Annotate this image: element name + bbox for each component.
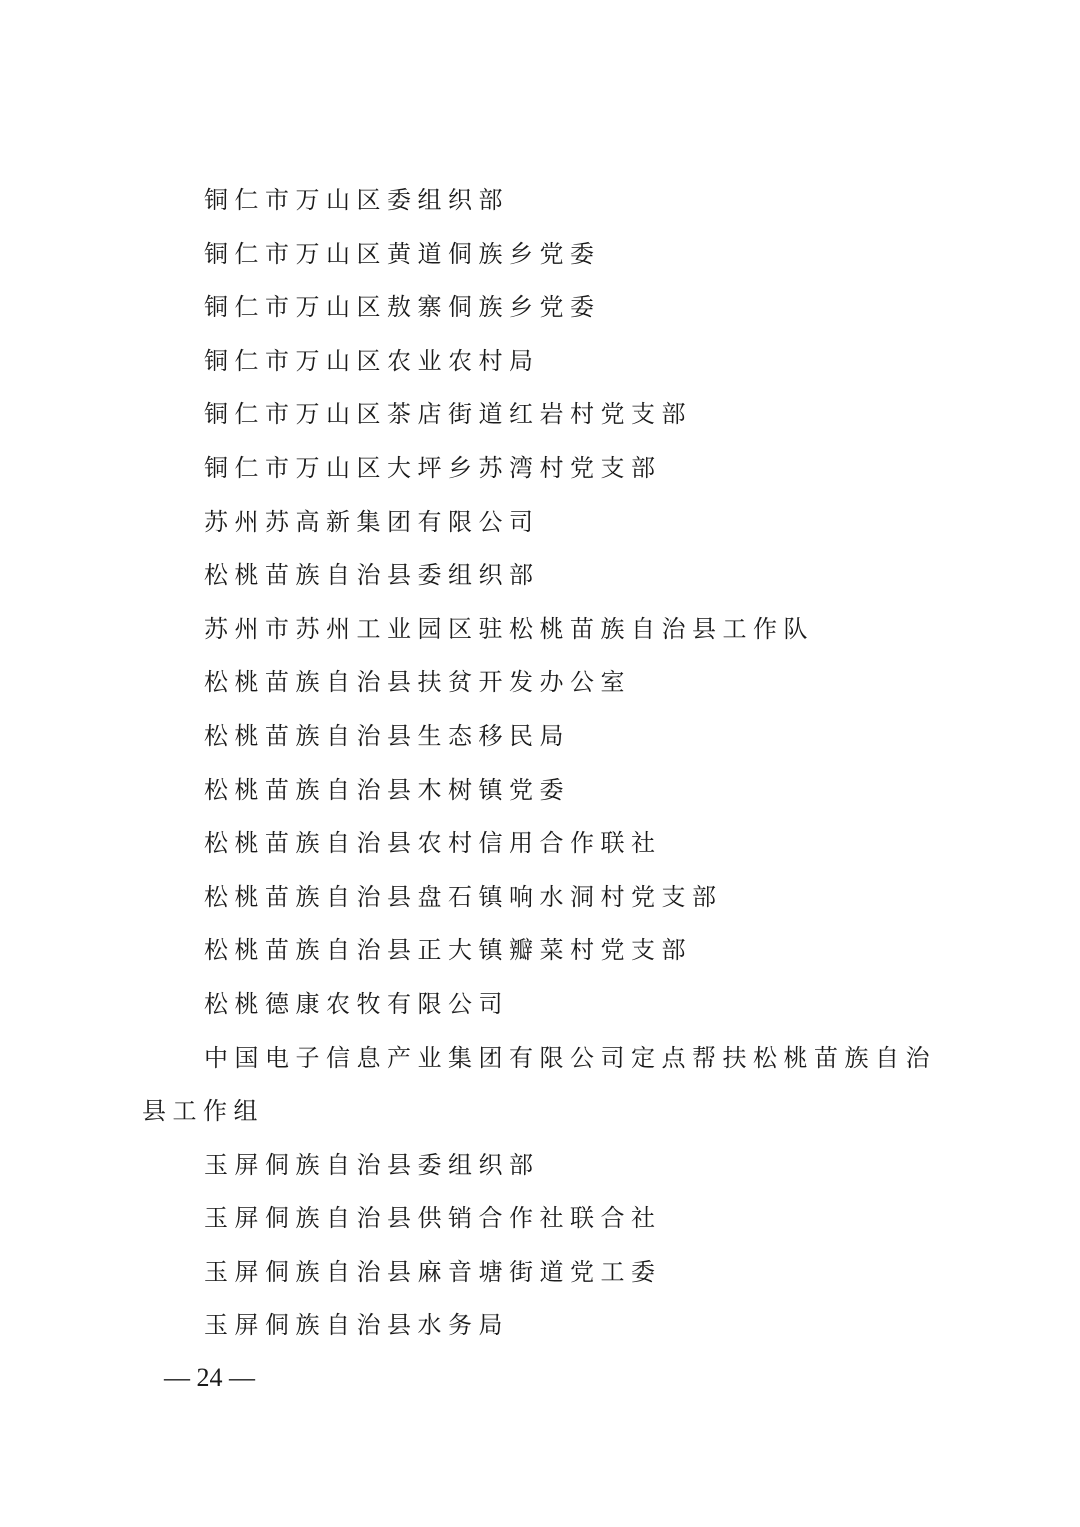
list-item-continuation: 县工作组: [142, 1085, 942, 1139]
organization-list: 铜仁市万山区委组织部 铜仁市万山区黄道侗族乡党委 铜仁市万山区敖寨侗族乡党委 铜…: [142, 174, 942, 1353]
list-item: 松桃苗族自治县农村信用合作联社: [142, 817, 942, 871]
list-item: 玉屏侗族自治县供销合作社联合社: [142, 1192, 942, 1246]
list-item: 铜仁市万山区大坪乡苏湾村党支部: [142, 442, 942, 496]
list-item: 苏州苏高新集团有限公司: [142, 496, 942, 550]
list-item: 铜仁市万山区农业农村局: [142, 335, 942, 389]
list-item: 玉屏侗族自治县委组织部: [142, 1139, 942, 1193]
list-item: 松桃苗族自治县盘石镇响水洞村党支部: [142, 871, 942, 925]
list-item: 松桃苗族自治县正大镇瓣菜村党支部: [142, 924, 942, 978]
list-item: 铜仁市万山区茶店街道红岩村党支部: [142, 388, 942, 442]
list-item: 松桃苗族自治县生态移民局: [142, 710, 942, 764]
list-item: 玉屏侗族自治县麻音塘街道党工委: [142, 1246, 942, 1300]
list-item: 松桃苗族自治县木树镇党委: [142, 764, 942, 818]
list-item: 松桃苗族自治县扶贫开发办公室: [142, 656, 942, 710]
list-item: 松桃德康农牧有限公司: [142, 978, 942, 1032]
list-item: 中国电子信息产业集团有限公司定点帮扶松桃苗族自治: [142, 1032, 942, 1086]
page-number: — 24 —: [164, 1358, 255, 1398]
document-page: 铜仁市万山区委组织部 铜仁市万山区黄道侗族乡党委 铜仁市万山区敖寨侗族乡党委 铜…: [0, 0, 1080, 1527]
list-item: 铜仁市万山区委组织部: [142, 174, 942, 228]
list-item: 松桃苗族自治县委组织部: [142, 549, 942, 603]
list-item: 玉屏侗族自治县水务局: [142, 1299, 942, 1353]
list-item: 苏州市苏州工业园区驻松桃苗族自治县工作队: [142, 603, 942, 657]
list-item: 铜仁市万山区敖寨侗族乡党委: [142, 281, 942, 335]
list-item: 铜仁市万山区黄道侗族乡党委: [142, 228, 942, 282]
